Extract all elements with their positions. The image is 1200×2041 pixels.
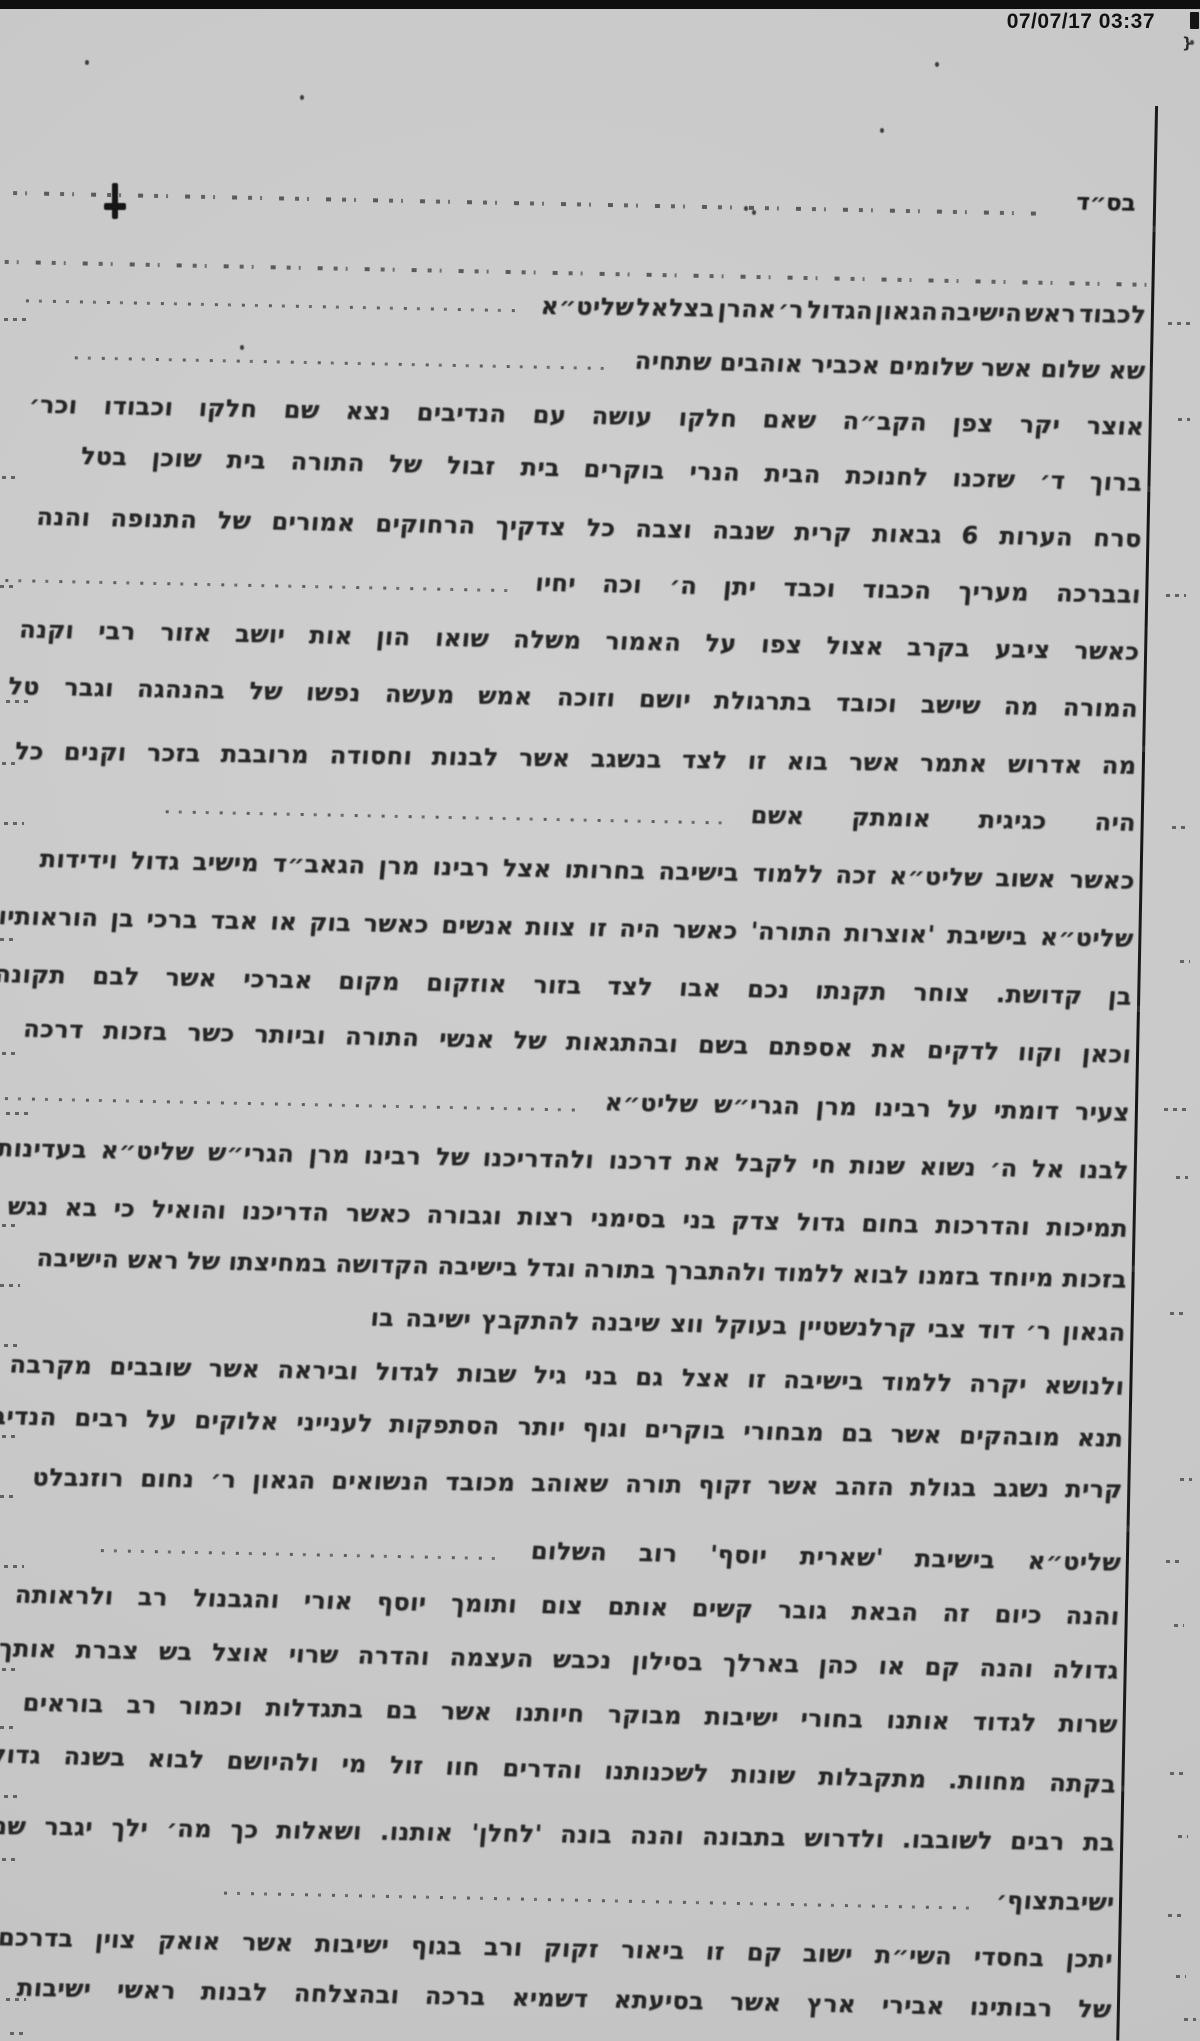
- handwritten-word: מרן: [815, 1091, 859, 1122]
- handwritten-line: צעירדומתיעלרבינומרןהגרי״ששליט״א: [605, 1087, 1130, 1128]
- handwritten-word: לענייני: [295, 1407, 374, 1438]
- handwritten-line: ישיבתצוף׳: [1004, 1885, 1115, 1917]
- handwritten-word: כאשר: [672, 914, 740, 945]
- handwritten-word: מעריך: [957, 576, 1030, 607]
- handwritten-word: בש: [157, 1636, 193, 1667]
- handwritten-word: בת: [1082, 1827, 1116, 1857]
- handwritten-word: הבאת: [851, 1596, 920, 1627]
- handwritten-word: עם: [531, 400, 567, 431]
- handwritten-word: רבותינו: [969, 1992, 1054, 2024]
- handwritten-word: זו: [587, 913, 608, 943]
- handwritten-word: השלום: [530, 1536, 609, 1567]
- handwritten-word: בנשגב: [589, 744, 663, 775]
- handwritten-word: יתן: [722, 571, 758, 602]
- handwritten-word: הזהב: [834, 1471, 895, 1502]
- handwritten-word: ראש: [126, 1245, 180, 1276]
- left-margin-dash: [4, 822, 24, 825]
- handwritten-word: ללמוד: [772, 1258, 845, 1289]
- handwritten-word: בחורי: [800, 1703, 866, 1734]
- handwritten-word: בקתה: [1048, 1768, 1118, 1800]
- right-margin-dash: [1176, 1176, 1188, 1179]
- handwritten-word: בוקרים: [583, 454, 667, 486]
- handwritten-word: ד׳: [1038, 465, 1066, 496]
- handwritten-word: אואק: [157, 1925, 222, 1956]
- handwritten-word: גיל: [532, 1360, 568, 1391]
- handwritten-line: ברוךד׳שזכנולחנוכתהביתהנריבוקריםביתזבולשל…: [80, 441, 1142, 498]
- right-margin-dash: [1172, 826, 1188, 829]
- handwritten-word: אצול: [825, 630, 885, 661]
- handwritten-word: אבירי: [880, 1990, 945, 2021]
- handwritten-line: בזכותמיוחדבזמנולבואללמודולהתברךבתורהוגדל…: [36, 1243, 1126, 1295]
- handwritten-word: קרית: [793, 517, 853, 548]
- handwritten-word: ברוך: [1088, 466, 1144, 497]
- handwritten-word: הנדיבים: [415, 397, 507, 429]
- handwritten-word: גובר: [777, 1595, 829, 1626]
- handwritten-word: להתקבץ: [480, 1305, 581, 1337]
- handwritten-word: גדולה: [1051, 1654, 1120, 1685]
- handwritten-word: הערות: [998, 521, 1074, 552]
- handwritten-word: אותם: [606, 1591, 669, 1622]
- handwritten-word: ה׳: [989, 1153, 1020, 1184]
- handwritten-word: נכבש: [552, 1644, 614, 1675]
- handwritten-word: ה׳: [668, 570, 699, 601]
- handwritten-word: צום: [540, 1590, 585, 1621]
- left-margin-dash: [4, 318, 30, 321]
- right-margin-dash: [1180, 960, 1190, 963]
- handwritten-word: צדקיך: [494, 511, 567, 542]
- handwritten-word: ווצ: [669, 1309, 705, 1340]
- handwritten-word: אשר: [980, 353, 1034, 384]
- handwritten-word: של: [1077, 1994, 1113, 2025]
- handwritten-word: שובבים: [108, 1351, 193, 1383]
- handwritten-word: ובהתגאות: [565, 1026, 680, 1059]
- handwritten-word: שליט״א: [604, 1087, 700, 1119]
- handwritten-word: שבות: [456, 1358, 518, 1389]
- handwritten-line: בןקדושת.צוחרתקנתונכםאבולצדבזוראוזקוםמקום…: [0, 959, 1133, 1012]
- handwritten-word: אשר: [440, 1696, 494, 1727]
- handwritten-line: וכאןוקוולדקיםאתאספתםבשםובהתגאותשלאנשיהתו…: [23, 1014, 1131, 1070]
- handwritten-word: צדק: [731, 1206, 782, 1237]
- handwritten-word: ושאלות: [275, 1815, 363, 1846]
- handwritten-word: בן: [1107, 981, 1133, 1011]
- handwritten-word: זקוף: [697, 1470, 753, 1501]
- handwritten-word: שם: [0, 1811, 27, 1841]
- handwritten-word: בתגדלות: [264, 1692, 365, 1724]
- dotted-fax-trail: [5, 579, 510, 592]
- handwritten-word: אוצר: [1085, 411, 1145, 442]
- handwritten-word: ולנושא: [1043, 1370, 1126, 1402]
- handwritten-word: ר׳: [777, 294, 805, 324]
- handwritten-word: חוו: [445, 1751, 482, 1782]
- handwritten-word: והנה: [35, 502, 91, 533]
- handwritten-word: חי: [810, 1149, 837, 1179]
- handwritten-line: גדולהוהנהקםאוכהןבארלךבסילוןנכבשהעצמהוהדר…: [0, 1633, 1119, 1685]
- handwritten-word: אל: [1031, 1154, 1066, 1185]
- handwritten-word: בחסדי: [972, 1942, 1045, 1973]
- handwritten-word: כאשר: [1072, 635, 1140, 666]
- handwritten-word: מרובבת: [220, 739, 311, 770]
- handwritten-word: דשמיא: [510, 1982, 589, 2013]
- handwritten-word: אהרן: [716, 293, 777, 324]
- handwritten-word: והנה: [978, 1653, 1034, 1684]
- handwritten-word: הכבוד: [861, 574, 933, 605]
- handwritten-word: חיותנו: [514, 1697, 586, 1728]
- handwritten-word: קם: [923, 1652, 961, 1683]
- handwritten-word: בזור: [532, 970, 583, 1001]
- handwritten-word: ציבע: [993, 634, 1051, 665]
- left-margin-dash: [4, 1565, 24, 1568]
- handwritten-word: קם: [745, 1937, 783, 1968]
- handwritten-line: יתכןבחסדיהשי״תישובקםזוביאורזקוקורבבגוףיש…: [0, 1922, 1113, 1974]
- handwritten-word: ובברכה: [1054, 578, 1141, 610]
- handwritten-word: המורה: [1062, 692, 1140, 723]
- handwritten-word: היה: [618, 913, 662, 944]
- handwritten-word: הנשואים: [330, 1466, 430, 1497]
- handwritten-word: ותומך: [449, 1588, 518, 1619]
- handwritten-word: מבחורי: [742, 1416, 825, 1448]
- handwritten-word: רבינו: [872, 1093, 932, 1124]
- handwritten-word: אצל: [680, 1363, 732, 1394]
- right-margin-line: [1116, 106, 1158, 2041]
- handwritten-word: רצות: [517, 1201, 576, 1232]
- handwritten-word: הקדושה: [334, 1249, 430, 1281]
- handwritten-word: הרחוקים: [374, 508, 477, 540]
- handwritten-word: בני: [583, 1361, 619, 1392]
- handwritten-word: וביותר: [253, 1019, 327, 1051]
- handwritten-word: בתרגולת: [713, 685, 814, 717]
- handwritten-word: הישיבה: [35, 1243, 120, 1275]
- handwritten-word: מה: [1101, 750, 1138, 780]
- handwritten-word: ולהדריכנו: [482, 1143, 596, 1175]
- handwritten-word: רבינו: [431, 852, 491, 883]
- right-margin-dash: [1170, 1312, 1186, 1315]
- handwritten-word: שלום: [1039, 354, 1101, 385]
- handwritten-word: אורי: [302, 1585, 354, 1616]
- handwritten-word: הגאון: [874, 296, 940, 327]
- handwritten-word: משלה: [512, 624, 583, 655]
- handwritten-word: ביאור: [619, 1935, 686, 1966]
- handwritten-word: לבם: [91, 961, 141, 992]
- handwritten-word: בצלאל: [635, 292, 716, 323]
- handwritten-word: הגאב״ד: [271, 848, 367, 880]
- handwritten-word: מה: [1003, 691, 1040, 722]
- handwritten-line: הגאוןר׳דודצביקרלנשטייןבעוקלווצשיבנהלהתקב…: [370, 1302, 1125, 1347]
- handwritten-word: בישיבת: [946, 920, 1029, 952]
- handwritten-word: שנות: [849, 1150, 907, 1181]
- handwritten-word: שזכנו: [951, 463, 1016, 495]
- right-margin-dash: [1174, 1624, 1184, 1627]
- left-margin-dash: [0, 585, 14, 588]
- handwritten-word: כהן: [818, 1650, 860, 1681]
- handwritten-word: השי״ת: [873, 1940, 953, 1972]
- handwritten-word: בטל: [79, 441, 129, 472]
- handwritten-line: המורהמהשישבוכובדבתרגולתיושםוזוכהאמשמעשהנ…: [8, 671, 1138, 724]
- handwritten-word: בתורה: [582, 1254, 657, 1285]
- handwritten-word: ר׳: [209, 1464, 237, 1494]
- right-margin-dash: [1178, 1835, 1188, 1838]
- handwritten-word: וכבד: [782, 573, 837, 604]
- handwritten-word: רב: [125, 1690, 158, 1721]
- handwritten-word: ללמוד: [751, 858, 824, 889]
- left-margin-dash: [2, 1858, 16, 1861]
- handwritten-word: לבנות: [431, 742, 500, 773]
- left-margin-dash: [6, 700, 28, 703]
- handwritten-line: בתרביםלשובבו.ולדרושבתבונהוהנהבונה'לחלן'א…: [0, 1811, 1115, 1858]
- handwritten-word: אשר: [728, 1987, 782, 2018]
- handwritten-word: ישיבות: [314, 1928, 391, 1959]
- handwritten-line: כאשראשובשליט״אזכהללמודבישיבהבחרותואצלרבי…: [39, 844, 1134, 896]
- handwritten-word: מתקבלות: [817, 1761, 928, 1794]
- bsd-header-mark: בס״ד: [1075, 188, 1150, 217]
- handwritten-word: כל: [585, 513, 617, 544]
- handwritten-word: נכם: [746, 974, 791, 1005]
- handwritten-word: חלקו: [677, 402, 738, 433]
- left-margin-dash: [6, 1112, 30, 1115]
- handwritten-word: אבד: [209, 905, 259, 936]
- handwritten-word: אנשים: [440, 910, 515, 941]
- handwritten-line: תנאמובהקיםאשרבםמבחוריבוקריםוגוףיותרהסתפק…: [0, 1401, 1124, 1454]
- handwritten-word: במחיצתו: [227, 1247, 328, 1279]
- handwritten-word: ולדרוש: [803, 1823, 886, 1854]
- scan-speck: [880, 128, 884, 133]
- handwritten-word: אצל: [502, 853, 554, 884]
- handwritten-word: ולהיושם: [226, 1745, 321, 1777]
- handwritten-word: וביראה: [276, 1355, 359, 1387]
- handwritten-word: שאוהב: [530, 1468, 609, 1499]
- handwritten-word: או: [269, 906, 298, 936]
- handwritten-word: מרן: [377, 851, 421, 882]
- handwritten-word: אשם: [749, 800, 805, 831]
- handwritten-word: סרח: [1092, 523, 1143, 554]
- handwritten-word: לגדול: [375, 1357, 442, 1388]
- handwritten-word: בשם: [697, 1029, 751, 1060]
- handwritten-line: שאשלוםאשרשלומיםאכביראוהביםשתחיה: [635, 346, 1145, 386]
- handwritten-word: דוד: [976, 1315, 1016, 1346]
- handwritten-word: מקרבה: [8, 1349, 93, 1381]
- handwritten-word: היה: [1093, 807, 1137, 838]
- handwritten-word: שליט״א: [100, 1135, 196, 1167]
- handwritten-word: נצא: [344, 396, 392, 427]
- handwritten-word: בקרב: [906, 632, 972, 663]
- handwritten-line: והנהכיוםזההבאתגוברקשיםאותםצוםותומךיוסףאו…: [15, 1579, 1120, 1631]
- handwritten-word: בשנה: [62, 1741, 127, 1773]
- handwritten-word: צעיר: [1074, 1097, 1131, 1128]
- handwritten-word: וגדל: [525, 1253, 577, 1284]
- handwritten-word: שליט״א: [540, 291, 636, 322]
- handwritten-word: אמורים: [270, 506, 356, 538]
- left-margin-dash: [2, 1052, 20, 1055]
- handwritten-word: הישיבה: [939, 297, 1024, 328]
- handwritten-word: אכביר: [810, 349, 882, 380]
- handwritten-word: מי: [341, 1749, 369, 1780]
- dotted-fax-trail: [75, 356, 607, 370]
- dotted-fax-trail: [101, 1549, 506, 1560]
- handwritten-word: 6: [960, 520, 980, 550]
- handwritten-word: מרן: [307, 1139, 351, 1170]
- handwritten-line: שרותלגדודאותנובחוריישיבותמבוקרחיותנואשרב…: [23, 1688, 1118, 1740]
- handwritten-word: ברכי: [146, 904, 200, 935]
- handwritten-line: שליט״אבישיבת'שאריתיוסף'רובהשלום: [531, 1536, 1121, 1578]
- handwritten-word: את: [871, 1034, 908, 1065]
- handwritten-word: אשר: [889, 1419, 943, 1450]
- handwritten-word: אמש: [477, 681, 534, 712]
- handwritten-word: בגולת: [909, 1472, 978, 1503]
- handwritten-word: על: [145, 1404, 179, 1435]
- handwritten-word: חלקו: [198, 393, 259, 424]
- handwritten-word: זבול: [446, 450, 497, 481]
- handwritten-line: שליט״אבישיבת'אוצרותהתורה'כאשרהיהזוצוותאנ…: [0, 901, 1134, 954]
- handwritten-word: יושם: [637, 684, 692, 715]
- handwritten-word: גדול: [129, 846, 181, 877]
- handwritten-word: לבנו: [1077, 1155, 1130, 1186]
- handwritten-word: מיוחד: [987, 1262, 1055, 1293]
- dotted-fax-trail: [166, 810, 726, 824]
- handwritten-word: יתכן: [1065, 1944, 1115, 1975]
- handwritten-word: הגרי״ש: [207, 1137, 296, 1169]
- handwritten-word: דרכה: [22, 1014, 85, 1045]
- handwritten-word: וכר׳: [28, 389, 79, 420]
- handwritten-word: צפו: [760, 629, 804, 660]
- handwritten-word: מקום: [337, 966, 401, 997]
- handwritten-word: אות: [308, 620, 354, 651]
- right-margin-dash: [1168, 1914, 1184, 1917]
- handwritten-word: והגבנול: [191, 1583, 280, 1615]
- handwritten-word: אלוקים: [193, 1405, 280, 1437]
- handwritten-word: את: [684, 1147, 721, 1178]
- handwritten-word: שלומים: [887, 351, 974, 383]
- handwritten-word: בישיבה: [782, 1365, 865, 1397]
- handwritten-word: שוכן: [151, 443, 204, 474]
- handwritten-word: בתבונה: [701, 1821, 787, 1852]
- handwritten-word: וגבר: [62, 672, 114, 703]
- handwritten-line: ובברכהמעריךהכבודוכבדיתןה׳וכהיחיו: [535, 568, 1140, 610]
- handwritten-word: הנרי: [688, 456, 741, 487]
- handwritten-word: בסילון: [630, 1646, 704, 1677]
- handwritten-word: ראש: [1024, 298, 1078, 329]
- handwritten-word: אותנו.: [379, 1817, 454, 1848]
- handwritten-word: שואו: [434, 623, 490, 654]
- left-margin-dash: [2, 1435, 20, 1438]
- handwritten-word: לדקים: [925, 1035, 1000, 1067]
- handwritten-word: קרלנשטיין: [797, 1311, 918, 1343]
- handwritten-word: ראשי: [116, 1975, 177, 2006]
- handwritten-word: אשוב: [995, 863, 1058, 894]
- scan-speck: [752, 210, 756, 215]
- dotted-noise-row: [5, 260, 1147, 287]
- handwritten-word: בוקרים: [643, 1414, 727, 1446]
- handwritten-word: נגש: [7, 1191, 51, 1222]
- handwritten-word: כך: [229, 1814, 260, 1844]
- handwritten-word: אשר: [241, 1927, 295, 1958]
- handwritten-line: מהאדרושאתמראשרבואזולצדבנשגבאשרלבנותוחסוד…: [15, 736, 1137, 781]
- handwritten-word: לבנות: [200, 1976, 269, 2007]
- left-margin-dash: [10, 2032, 26, 2035]
- handwritten-word: מעשה: [384, 679, 456, 710]
- handwritten-word: הגדול: [805, 295, 874, 326]
- handwritten-word: ורב: [483, 1932, 524, 1963]
- left-margin-dash: [4, 1344, 18, 1347]
- handwritten-word: מבוקר: [606, 1699, 683, 1730]
- handwritten-word: בם: [840, 1418, 875, 1449]
- handwritten-line: סרחהערות6גבאותקריתשנבהוצבהכלצדקיךהרחוקים…: [36, 502, 1141, 554]
- handwritten-word: של: [186, 1246, 222, 1277]
- dotted-fax-trail: [224, 1892, 979, 1910]
- handwritten-word: אוזקום: [425, 968, 508, 1000]
- handwritten-word: אוצל: [210, 1637, 270, 1668]
- handwritten-word: זו: [746, 1364, 767, 1394]
- handwritten-word: לצד: [681, 745, 729, 776]
- right-margin-dash: [1166, 594, 1186, 597]
- handwritten-word: עושה: [591, 401, 654, 432]
- handwritten-word: או: [877, 1651, 906, 1681]
- handwritten-word: זכה: [835, 860, 879, 891]
- handwritten-line: כאשרציבעבקרבאצולצפועלהאמורמשלהשואוהוןאות…: [19, 614, 1139, 666]
- handwritten-word: תורה: [624, 1469, 684, 1500]
- handwritten-word: 'לחלן': [470, 1818, 543, 1849]
- handwritten-word: צוין: [94, 1924, 138, 1955]
- handwritten-word: לצד: [606, 971, 654, 1002]
- handwritten-word: אזור: [159, 617, 213, 648]
- handwritten-word: יוסף: [375, 1587, 427, 1618]
- scan-speck: [1190, 40, 1194, 45]
- handwritten-word: בעוקל: [713, 1309, 789, 1340]
- handwritten-word: והדרכות: [934, 1210, 1031, 1242]
- handwritten-word: גדול: [0, 1739, 43, 1770]
- handwritten-word: תנא: [1076, 1423, 1125, 1454]
- left-margin-dash: [2, 1224, 18, 1227]
- handwritten-word: לבוא: [147, 1743, 206, 1774]
- handwritten-word: יקרה: [968, 1369, 1028, 1400]
- handwritten-word: גם: [635, 1362, 666, 1393]
- handwritten-word: וקוו: [1017, 1037, 1064, 1068]
- handwritten-word: והדרה: [357, 1640, 431, 1671]
- dotted-fax-trail: [5, 1097, 580, 1112]
- handwritten-word: וקנה: [18, 614, 76, 645]
- handwritten-word: דרכנו: [607, 1145, 673, 1176]
- handwritten-word: גבאות: [871, 518, 943, 549]
- handwritten-word: העצמה: [448, 1642, 535, 1674]
- handwritten-word: הסתפקות: [388, 1409, 501, 1441]
- handwritten-word: צוות: [524, 912, 577, 943]
- handwritten-word: יחיו: [534, 568, 577, 599]
- handwritten-line: קריתנשגבבגולתהזהבאשרזקוףתורהשאוהבמכובדהנ…: [32, 1462, 1122, 1504]
- handwritten-word: קרית: [1064, 1474, 1124, 1505]
- handwritten-word: אותך: [0, 1633, 58, 1664]
- handwritten-word: אדרוש: [1006, 749, 1083, 780]
- handwritten-word: התורה: [344, 1021, 421, 1053]
- handwritten-word: נשוא: [918, 1151, 977, 1182]
- handwritten-word: זו: [746, 746, 767, 776]
- right-margin-dash: [1180, 1478, 1192, 1481]
- handwritten-word: שא: [1107, 355, 1146, 386]
- handwritten-word: בוק: [308, 907, 352, 938]
- handwritten-word: לשכנותנו: [603, 1756, 710, 1789]
- handwritten-word: בונה: [559, 1819, 613, 1850]
- handwritten-word: והואיל: [150, 1194, 227, 1225]
- handwritten-word: רבים: [1009, 1826, 1066, 1857]
- handwritten-word: ולראותה: [14, 1579, 115, 1611]
- handwritten-word: ישיבות: [703, 1701, 780, 1732]
- handwritten-word: נחום: [139, 1463, 195, 1494]
- handwritten-word: בדרכם: [0, 1922, 75, 1953]
- left-margin-dash: [2, 476, 20, 479]
- left-margin-dash: [4, 1795, 22, 1798]
- handwritten-word: לגדוד: [971, 1707, 1037, 1738]
- handwritten-word: אוהבים: [718, 347, 804, 379]
- handwritten-word: ר׳: [1024, 1316, 1053, 1346]
- handwritten-line: בקתהמחוות.מתקבלותשונותלשכנותנווהדריםחווז…: [0, 1739, 1117, 1799]
- handwritten-word: כיום: [993, 1599, 1043, 1630]
